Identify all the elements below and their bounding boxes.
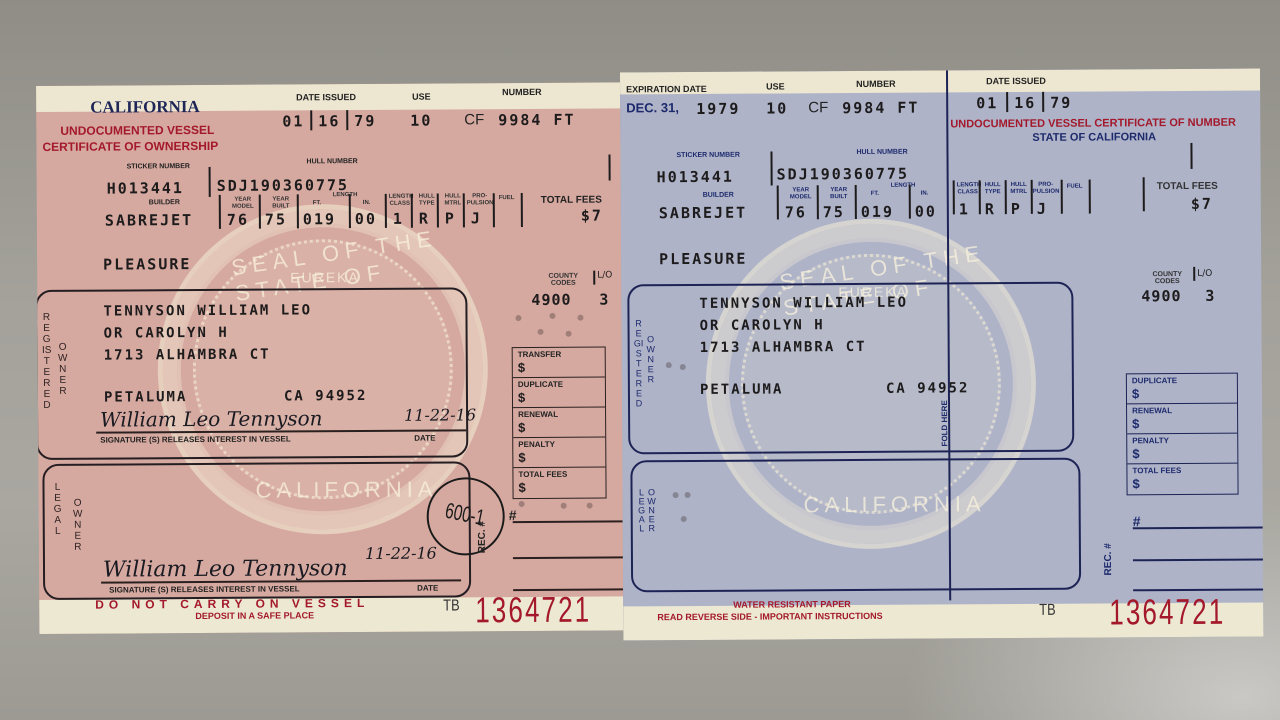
- expiration-year: 1979: [696, 100, 740, 118]
- date-issued-month: 01: [282, 112, 304, 130]
- fee-name: TRANSFER: [518, 350, 600, 360]
- date-issued-label: DATE ISSUED: [296, 92, 356, 102]
- hull-type-label: HULL TYPE: [983, 182, 1003, 196]
- footer-warning: DO NOT CARRY ON VESSEL: [95, 596, 369, 612]
- punch-hole: [681, 516, 687, 522]
- length-label: LENGTH: [891, 183, 916, 190]
- footer-sub: DEPOSIT IN A SAFE PLACE: [195, 610, 314, 621]
- fee-name: RENEWAL: [1132, 406, 1232, 416]
- hull-material-value: P: [1011, 200, 1022, 218]
- registered-owner-signature-date[interactable]: 11-22-16: [404, 405, 476, 424]
- builder-label: BUILDER: [703, 192, 734, 199]
- legal-owner-signature-date[interactable]: 11-22-16: [365, 544, 437, 563]
- fee-boxes: DUPLICATE$ RENEWAL$ PENALTY$ TOTAL FEES$: [1126, 373, 1239, 496]
- total-fees-label: TOTAL FEES: [541, 195, 602, 206]
- length-ft-value: 019: [303, 210, 336, 228]
- fee-penalty[interactable]: PENALTY$: [513, 438, 605, 469]
- hull-type-value: R: [419, 210, 430, 228]
- fee-value: $: [1132, 476, 1232, 492]
- length-ft-label: FT.: [871, 191, 879, 198]
- divider: [777, 185, 779, 219]
- fee-name: TOTAL FEES: [1132, 466, 1232, 476]
- divider: [411, 194, 413, 228]
- legal-owner-signature[interactable]: William Leo Tennyson: [103, 556, 348, 582]
- form-subtitle: STATE OF CALIFORNIA: [1032, 131, 1156, 144]
- usage-type: PLEASURE: [659, 250, 747, 269]
- registered-label: REGISTERED: [41, 312, 52, 411]
- divider: [770, 152, 772, 186]
- signature-caption: SIGNATURE (S) RELEASES INTEREST IN VESSE…: [109, 584, 300, 594]
- fuel-label: FUEL: [499, 195, 515, 202]
- use-value: 10: [410, 112, 432, 130]
- fee-name: DUPLICATE: [1132, 376, 1232, 386]
- fee-name: DUPLICATE: [518, 380, 600, 390]
- divider: [209, 167, 211, 197]
- footer-line1: WATER RESISTANT PAPER: [733, 599, 851, 610]
- hull-type-label: HULL TYPE: [417, 194, 437, 208]
- fee-name: PENALTY: [518, 440, 600, 450]
- form-title: UNDOCUMENTED VESSEL CERTIFICATE OF NUMBE…: [950, 117, 1236, 131]
- fee-renewal[interactable]: RENEWAL$: [513, 408, 605, 439]
- number-prefix: CF: [808, 99, 828, 116]
- divider: [1089, 180, 1091, 214]
- length-ft-value: 019: [861, 203, 894, 221]
- fee-value: $: [1132, 446, 1232, 462]
- use-value: 10: [766, 99, 788, 117]
- fee-renewal[interactable]: RENEWAL$: [1127, 404, 1237, 435]
- divider: [817, 185, 819, 219]
- length-class-value: 1: [959, 200, 970, 218]
- fee-name: RENEWAL: [518, 410, 600, 420]
- date-issued-year: 79: [354, 112, 376, 130]
- fee-total[interactable]: TOTAL FEES$: [1127, 464, 1237, 495]
- vessel-number: 9984 FT: [498, 111, 575, 129]
- length-label: LENGTH: [333, 192, 358, 199]
- divider: [1005, 180, 1007, 214]
- rec-number-label: REC. #: [1103, 543, 1114, 575]
- fee-penalty[interactable]: PENALTY$: [1127, 434, 1237, 465]
- vessel-certificate-document: SEAL OF THE STATE OF EUREKA CALIFORNIA C…: [36, 69, 1263, 646]
- length-in-label: IN.: [921, 191, 929, 198]
- owner-label: OWNER: [646, 334, 656, 384]
- fee-value: $: [518, 360, 600, 376]
- fee-name: TOTAL FEES: [518, 470, 600, 480]
- divider: [349, 194, 351, 228]
- number-label: NUMBER: [502, 87, 542, 97]
- owner-state-zip: CA 94952: [284, 388, 368, 405]
- divider: [297, 194, 299, 228]
- rec-line: [513, 556, 623, 558]
- serial-number: 1364721: [475, 589, 591, 632]
- year-model-value: 76: [785, 203, 807, 221]
- owner-name-line1: TENNYSON WILLIAM LEO: [103, 302, 312, 319]
- fuel-label: FUEL: [1067, 184, 1083, 191]
- certificate-of-number: SEAL OF THE STATE OF EUREKA CALIFORNIA F…: [620, 69, 1263, 641]
- rec-line: [1133, 527, 1263, 529]
- legal-label: LEGAL: [52, 482, 62, 537]
- divider: [855, 185, 857, 219]
- divider: [909, 185, 911, 219]
- lo-label: L/O: [597, 270, 612, 280]
- county-code: 4900: [1141, 287, 1181, 305]
- rec-number-label: REC. #: [477, 521, 488, 553]
- state-title: CALIFORNIA: [90, 97, 200, 118]
- fee-boxes: TRANSFER$ DUPLICATE$ RENEWAL$ PENALTY$ T…: [512, 347, 607, 500]
- punch-hole: [666, 362, 672, 368]
- form-title-line1: UNDOCUMENTED VESSEL: [60, 123, 214, 138]
- hull-number-label: HULL NUMBER: [307, 158, 358, 165]
- punch-hole: [566, 331, 572, 337]
- form-title-line2: CERTIFICATE OF OWNERSHIP: [42, 139, 218, 154]
- owner-label: OWNER: [58, 342, 68, 397]
- divider: [493, 193, 495, 227]
- owner-name-line1: TENNYSON WILLIAM LEO: [699, 295, 908, 312]
- usage-type: PLEASURE: [103, 255, 191, 274]
- hull-number: SDJ190360775: [217, 176, 349, 195]
- signature-caption: SIGNATURE (S) RELEASES INTEREST IN VESSE…: [100, 434, 291, 444]
- hull-type-value: R: [985, 200, 996, 218]
- hull-material-label: HULL MTRL: [1009, 182, 1029, 196]
- county-codes-label: COUNTY CODES: [545, 273, 581, 287]
- number-label: NUMBER: [856, 79, 896, 89]
- expiration-prefix: DEC. 31,: [626, 100, 679, 115]
- hull-number-label: HULL NUMBER: [856, 149, 907, 156]
- total-fees-label: TOTAL FEES: [1157, 181, 1218, 192]
- year-built-label: YEAR BUILT: [269, 196, 293, 210]
- divider: [1190, 143, 1192, 169]
- fee-duplicate[interactable]: DUPLICATE$: [513, 378, 605, 409]
- total-fees-value: $7: [1191, 195, 1213, 213]
- punch-hole: [519, 501, 525, 507]
- punch-hole: [587, 503, 593, 509]
- propulsion-label: PRO-PULSION: [467, 193, 493, 207]
- divider: [521, 193, 523, 227]
- propulsion-value: J: [1037, 200, 1048, 218]
- use-label: USE: [766, 81, 785, 91]
- date-caption: DATE: [414, 434, 435, 443]
- lo-code: 3: [1205, 287, 1216, 305]
- length-class-value: 1: [393, 210, 404, 228]
- punch-hole: [538, 329, 544, 335]
- total-fees-value: $7: [581, 207, 603, 225]
- number-prefix: CF: [464, 111, 484, 128]
- length-in-value: 00: [915, 202, 937, 220]
- date-issued-day: 16: [1014, 94, 1036, 112]
- fee-value: $: [518, 390, 600, 406]
- owner-name-line2: OR CAROLYN H: [699, 317, 824, 334]
- lo-label: L/O: [1197, 269, 1212, 279]
- length-class-label: LENGTH CLASS: [389, 194, 411, 208]
- owner-city: PETALUMA: [104, 389, 188, 406]
- sticker-number: H013441: [107, 179, 184, 197]
- seal-motto: EUREKA: [290, 269, 360, 285]
- fee-value: $: [1132, 386, 1232, 402]
- serial-prefix: TB: [443, 597, 459, 615]
- fee-duplicate[interactable]: DUPLICATE$: [1127, 374, 1237, 405]
- year-model-value: 76: [227, 211, 249, 229]
- sticker-number: H013441: [657, 168, 734, 186]
- divider: [1042, 92, 1044, 112]
- registered-label: REGISTERED: [633, 318, 644, 408]
- divider: [608, 154, 610, 180]
- divider: [593, 271, 595, 285]
- divider: [1031, 180, 1033, 214]
- length-class-label: LENGTH CLASS: [957, 182, 979, 196]
- county-codes-label: COUNTY CODES: [1149, 271, 1185, 285]
- divider: [1006, 92, 1008, 112]
- serial-prefix: TB: [1039, 602, 1055, 620]
- divider: [1143, 177, 1145, 211]
- use-label: USE: [412, 92, 431, 102]
- rec-line: [1133, 559, 1263, 561]
- divider: [1061, 180, 1063, 214]
- length-in-value: 00: [355, 210, 377, 228]
- divider: [219, 195, 221, 229]
- header-strip: [620, 69, 1260, 95]
- divider: [979, 180, 981, 214]
- owner-label: OWNER: [647, 488, 657, 533]
- punch-hole: [577, 315, 583, 321]
- registered-owner-signature[interactable]: William Leo Tennyson: [100, 406, 323, 431]
- fee-value: $: [518, 480, 600, 496]
- rec-line: [513, 520, 623, 522]
- divider: [346, 110, 348, 130]
- footer-line2: READ REVERSE SIDE - IMPORTANT INSTRUCTIO…: [657, 611, 882, 622]
- punch-hole: [673, 492, 679, 498]
- builder-label: BUILDER: [149, 199, 180, 206]
- owner-state-zip: CA 94952: [886, 380, 970, 397]
- fee-total[interactable]: TOTAL FEES$: [513, 468, 605, 499]
- owner-address: 1713 ALHAMBRA CT: [700, 339, 867, 356]
- date-caption: DATE: [417, 584, 438, 593]
- divider: [953, 180, 955, 214]
- date-issued-month: 01: [976, 94, 998, 112]
- owner-address: 1713 ALHAMBRA CT: [104, 347, 271, 364]
- propulsion-value: J: [471, 209, 482, 227]
- owner-label: OWNER: [73, 498, 83, 553]
- year-built-label: YEAR BUILT: [827, 187, 851, 201]
- length-in-label: IN.: [363, 200, 371, 207]
- sticker-number-label: STICKER NUMBER: [676, 152, 739, 159]
- punch-hole: [515, 315, 521, 321]
- divider: [437, 194, 439, 228]
- fee-value: $: [518, 450, 600, 466]
- fee-name: PENALTY: [1132, 436, 1232, 446]
- serial-number: 1364721: [1109, 591, 1225, 634]
- certificate-of-ownership: SEAL OF THE STATE OF EUREKA CALIFORNIA C…: [36, 82, 623, 634]
- date-issued-year: 79: [1050, 94, 1072, 112]
- year-built-value: 75: [265, 210, 287, 228]
- divider: [385, 194, 387, 228]
- propulsion-label: PRO-PULSION: [1033, 182, 1059, 196]
- hull-material-label: HULL MTRL: [443, 193, 463, 207]
- fee-transfer[interactable]: TRANSFER$: [513, 348, 605, 379]
- punch-hole: [680, 364, 686, 370]
- divider: [259, 195, 261, 229]
- hull-number: SDJ190360775: [777, 165, 909, 184]
- county-code: 4900: [531, 291, 571, 309]
- punch-hole: [549, 313, 555, 319]
- fee-value: $: [1132, 416, 1232, 432]
- builder-value: SABREJET: [105, 211, 193, 230]
- vessel-number: 9984 FT: [842, 99, 919, 117]
- length-ft-label: FT.: [313, 200, 321, 207]
- owner-name-line2: OR CAROLYN H: [104, 325, 229, 342]
- legal-owner-box: [630, 458, 1081, 593]
- punch-hole: [685, 492, 691, 498]
- divider: [310, 110, 312, 130]
- year-model-label: YEAR MODEL: [231, 197, 255, 211]
- year-built-value: 75: [823, 203, 845, 221]
- expiration-date-label: EXPIRATION DATE: [626, 84, 707, 94]
- punch-hole: [561, 503, 567, 509]
- owner-city: PETALUMA: [700, 381, 784, 398]
- lo-code: 3: [599, 290, 610, 308]
- fee-value: $: [518, 420, 600, 436]
- date-issued-label: DATE ISSUED: [986, 76, 1046, 86]
- hull-material-value: P: [445, 209, 456, 227]
- legal-label: LEGAL: [637, 488, 647, 533]
- divider: [1193, 267, 1195, 281]
- sticker-number-label: STICKER NUMBER: [127, 163, 190, 170]
- year-model-label: YEAR MODEL: [789, 187, 813, 201]
- divider: [463, 193, 465, 227]
- builder-value: SABREJET: [659, 204, 747, 223]
- date-issued-day: 16: [318, 112, 340, 130]
